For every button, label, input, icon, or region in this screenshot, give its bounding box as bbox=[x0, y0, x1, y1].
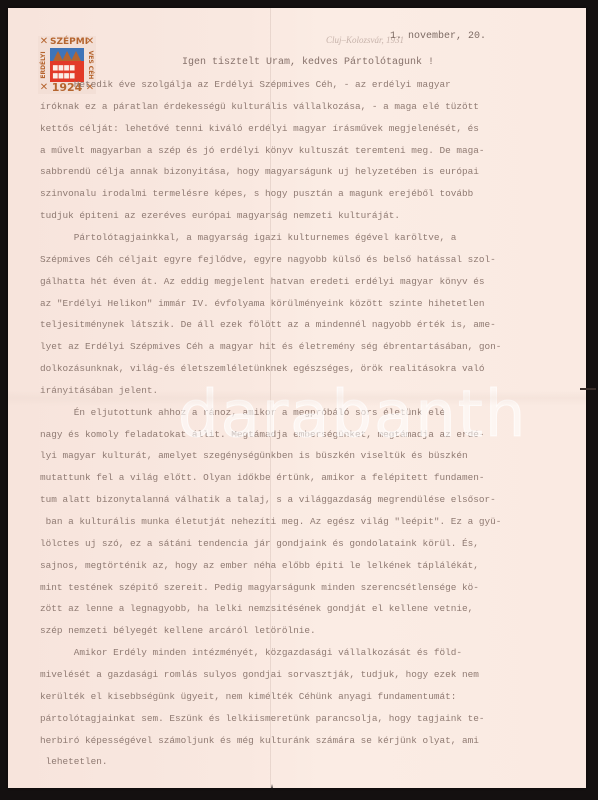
letter-line: lehetetlen. bbox=[40, 751, 108, 773]
letter-line: ban a kulturális munka életutját nehezít… bbox=[40, 511, 501, 533]
letter-line: herbiró képességével számoljunk és még k… bbox=[40, 730, 479, 752]
letter-line: Pártolótagjainkkal, a magyarság igazi ku… bbox=[40, 227, 456, 249]
letter-line: mint testének szépitő szereit. Pedig mag… bbox=[40, 577, 479, 599]
letter-line: Szépmives Céh céljait egyre fejlődve, eg… bbox=[40, 249, 496, 271]
letter-line: az "Erdélyi Helikon" immár IV. évfolyama… bbox=[40, 293, 484, 315]
letter-line: lölctes uj szó, ez a sátáni tendencia já… bbox=[40, 533, 479, 555]
letter-line: sabbrendü célja annak bizonyitása, hogy … bbox=[40, 161, 479, 183]
letter-line: szép nemzeti bélyegét kellene arcáról le… bbox=[40, 620, 316, 642]
letter-line: pártolótagjainkat sem. Eszünk és lelkiis… bbox=[40, 708, 484, 730]
letter-line: sajnos, megtörténik az, hogy az ember né… bbox=[40, 555, 479, 577]
paper-tear bbox=[270, 784, 274, 796]
letter-line: mutattunk fel a világ előtt. Olyan időkb… bbox=[40, 467, 484, 489]
letter-line: irányitásában jelent. bbox=[40, 380, 158, 402]
watermark: darabanth bbox=[178, 378, 527, 452]
paper-edge-shadow bbox=[580, 388, 596, 390]
letter-line: tudjuk épiteni az ezeréves európai magya… bbox=[40, 205, 400, 227]
letter-line: Amikor Erdély minden intézményét, közgaz… bbox=[40, 642, 462, 664]
letter-line: kerülték el kisebbségünk ügyeit, nem kim… bbox=[40, 686, 456, 708]
letter-line: a művelt magyarban a szép és jó erdélyi … bbox=[40, 140, 484, 162]
letter-line: mivelését a gazdasági romlás sulyos gond… bbox=[40, 664, 479, 686]
letter-line: dolkozásunknak, világ-és életszemléletün… bbox=[40, 358, 484, 380]
letter-line: szinvonalu irodalmi termelésre képes, s … bbox=[40, 183, 473, 205]
letter-line: lyet az Erdélyi Szépmives Céh a magyar h… bbox=[40, 336, 501, 358]
letter-line: kettős célját: lehetővé tenni kiváló erd… bbox=[40, 118, 479, 140]
letter-line: teljesitménynek látszik. De áll ezek föl… bbox=[40, 314, 496, 336]
letter-date: 1. november, 20. bbox=[390, 26, 486, 48]
letter-line: íróknak ez a páratlan érdekességü kultur… bbox=[40, 96, 479, 118]
letter-line: gálhatta hét éven át. Az eddig megjelent… bbox=[40, 271, 484, 293]
letter-line: zött az lenne a legnagyobb, ha lelki nem… bbox=[40, 598, 473, 620]
letter-line: Hetedik éve szolgálja az Erdélyi Szépmiv… bbox=[40, 74, 451, 96]
letter-greeting: Igen tisztelt Uram, kedves Pártolótagunk… bbox=[182, 52, 434, 74]
letter-line: tum alatt bizonytalanná válhatik a talaj… bbox=[40, 489, 496, 511]
letter-page: ✕ ✕ ✕ ✕ SZÉPMI ERDÉLYI VES CÉH ▆▆▆▆▆▆▆▆ … bbox=[8, 8, 586, 788]
